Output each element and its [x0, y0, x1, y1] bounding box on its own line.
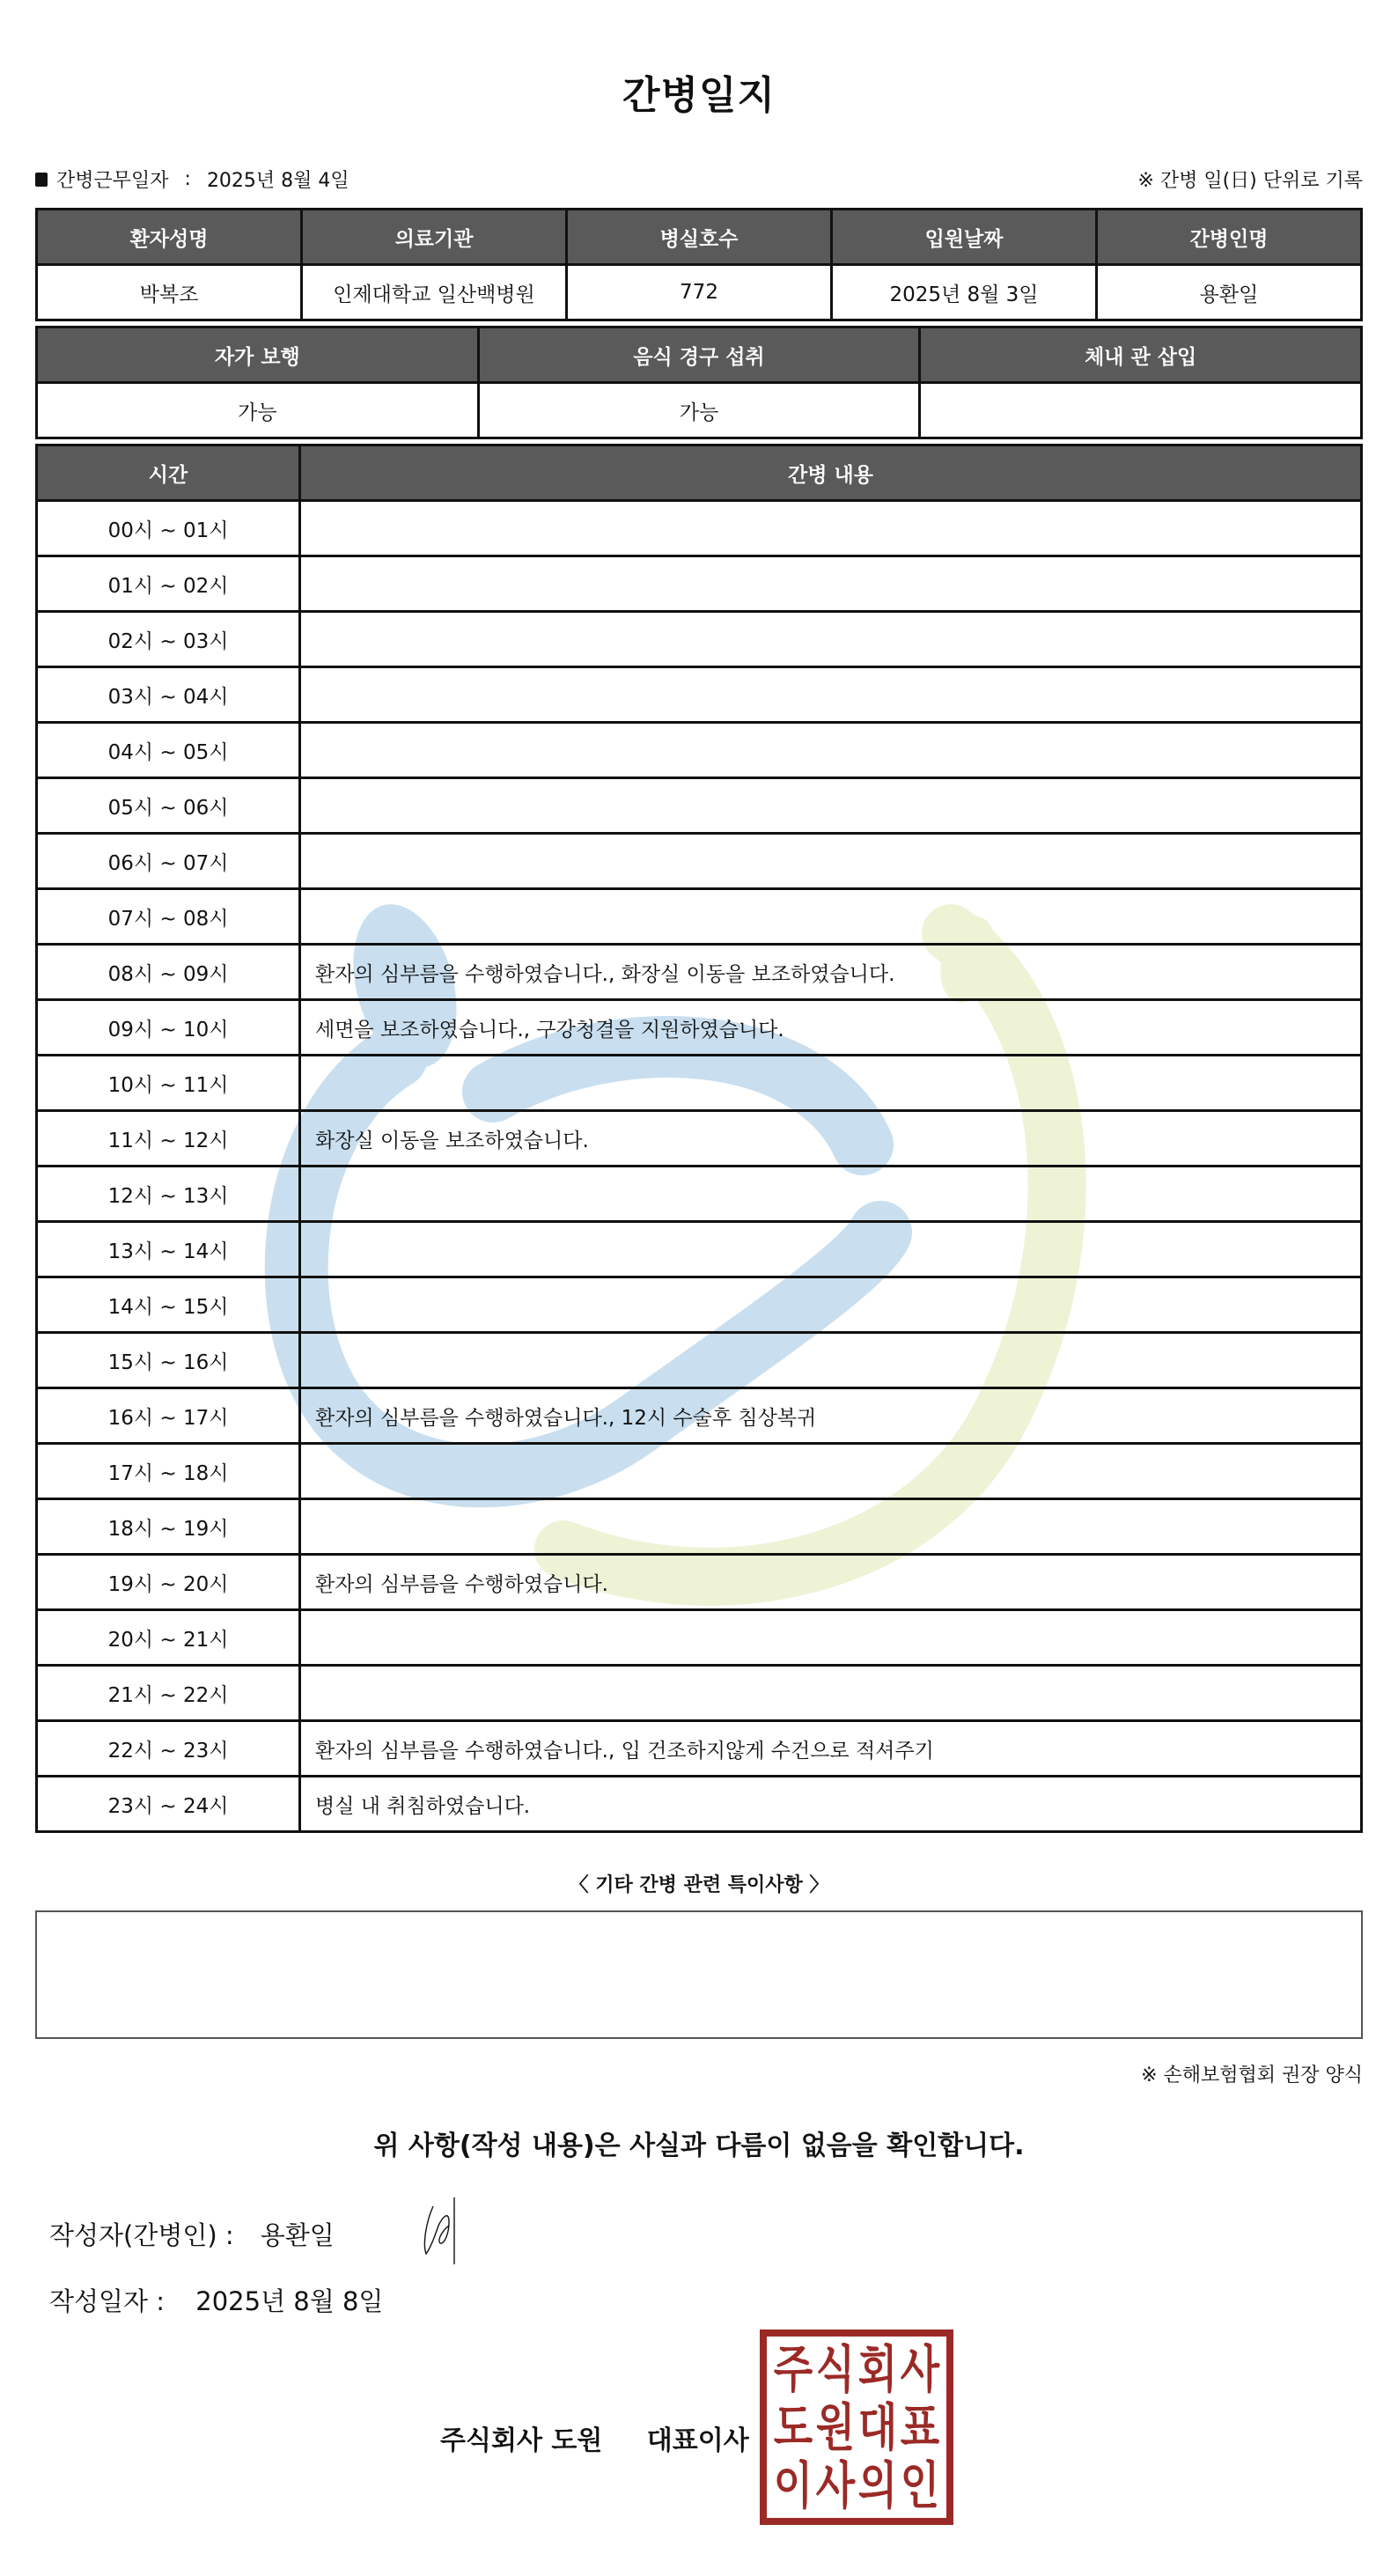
signature-icon [414, 2196, 502, 2266]
seal-char: 의 [857, 2449, 899, 2522]
care-content [300, 1444, 1362, 1499]
page-title: 간병일지 [0, 63, 1398, 120]
care-log-row: 16시 ~ 17시환자의 심부름을 수행하였습니다., 12시 수술후 침상복귀 [37, 1388, 1362, 1444]
time-slot: 22시 ~ 23시 [37, 1721, 300, 1777]
care-log-row: 13시 ~ 14시 [37, 1222, 1362, 1277]
care-content [300, 1167, 1362, 1222]
care-log-rows: 00시 ~ 01시01시 ~ 02시02시 ~ 03시03시 ~ 04시04시 … [37, 501, 1362, 1832]
header-care-content: 간병 내용 [300, 445, 1362, 501]
company-name: 주식회사 도원 [440, 2425, 602, 2456]
work-date: 간병근무일자 : 2025년 8월 4일 [35, 166, 349, 193]
header-oral-intake: 음식 경구 섭취 [478, 328, 920, 383]
care-log-row: 00시 ~ 01시 [37, 501, 1362, 556]
hospital-value: 인제대학교 일산백병원 [302, 265, 567, 320]
care-log-row: 21시 ~ 22시 [37, 1666, 1362, 1721]
care-log-row: 06시 ~ 07시 [37, 834, 1362, 889]
patient-name-value: 박복조 [37, 265, 302, 320]
admission-date-value: 2025년 8월 3일 [832, 265, 1097, 320]
care-content: 세면을 보조하였습니다., 구강청결을 지원하였습니다. [300, 1000, 1362, 1056]
patient-info-value-row: 박복조 인제대학교 일산백병원 772 2025년 8월 3일 용환일 [37, 265, 1362, 320]
care-content [300, 723, 1362, 778]
care-log-row: 07시 ~ 08시 [37, 889, 1362, 945]
care-log-row: 14시 ~ 15시 [37, 1277, 1362, 1333]
header-time: 시간 [37, 445, 300, 501]
form-source-note: ※ 손해보험협회 권장 양식 [1141, 2060, 1363, 2087]
special-notes-box [35, 1910, 1363, 2039]
seal-char: 사 [814, 2449, 857, 2522]
care-log-row: 20시 ~ 21시 [37, 1610, 1362, 1666]
self-walking-value: 가능 [37, 383, 479, 438]
seal-char: 인 [899, 2449, 941, 2522]
care-content [300, 889, 1362, 945]
seal-characters: 주식회사도원대표이사의인 [767, 2337, 946, 2518]
written-date-line: 작성일자 : 2025년 8월 8일 [49, 2282, 383, 2318]
time-slot: 08시 ~ 09시 [37, 945, 300, 1000]
care-content: 환자의 심부름을 수행하였습니다., 화장실 이동을 보조하였습니다. [300, 945, 1362, 1000]
care-log-row: 23시 ~ 24시병실 내 취침하였습니다. [37, 1777, 1362, 1832]
time-slot: 02시 ~ 03시 [37, 612, 300, 667]
caregiver-name-value: 용환일 [1097, 265, 1362, 320]
care-content: 환자의 심부름을 수행하였습니다., 12시 수술후 침상복귀 [300, 1388, 1362, 1444]
time-slot: 12시 ~ 13시 [37, 1167, 300, 1222]
company-role: 대표이사 [647, 2425, 749, 2456]
patient-status-table: 자가 보행 음식 경구 섭취 체내 관 삽입 가능 가능 [35, 326, 1363, 439]
care-log-row: 22시 ~ 23시환자의 심부름을 수행하였습니다., 입 건조하지않게 수건으… [37, 1721, 1362, 1777]
care-content [300, 1610, 1362, 1666]
square-bullet-icon [35, 173, 48, 187]
time-slot: 05시 ~ 06시 [37, 778, 300, 834]
care-log-row: 03시 ~ 04시 [37, 667, 1362, 723]
writer-line: 작성자(간병인) : 용환일 [49, 2216, 335, 2252]
header-patient-name: 환자성명 [37, 210, 302, 265]
care-content [300, 612, 1362, 667]
care-content [300, 1499, 1362, 1555]
header-self-walking: 자가 보행 [37, 328, 479, 383]
seal-char: 이 [772, 2449, 814, 2522]
care-log-table: 시간 간병 내용 00시 ~ 01시01시 ~ 02시02시 ~ 03시03시 … [35, 444, 1363, 1833]
record-unit-note: ※ 간병 일(日) 단위로 기록 [1137, 166, 1363, 193]
patient-status-header-row: 자가 보행 음식 경구 섭취 체내 관 삽입 [37, 328, 1362, 383]
written-date-label: 작성일자 : [49, 2286, 165, 2316]
writer-value: 용환일 [261, 2216, 335, 2252]
time-slot: 15시 ~ 16시 [37, 1333, 300, 1388]
time-slot: 19시 ~ 20시 [37, 1555, 300, 1610]
care-content: 병실 내 취침하였습니다. [300, 1777, 1362, 1832]
header-room-number: 병실호수 [567, 210, 832, 265]
care-log-header-row: 시간 간병 내용 [37, 445, 1362, 501]
time-slot: 11시 ~ 12시 [37, 1111, 300, 1167]
care-content [300, 556, 1362, 612]
patient-status-value-row: 가능 가능 [37, 383, 1362, 438]
work-date-label: 간병근무일자 [56, 166, 169, 193]
care-content [300, 1277, 1362, 1333]
time-slot: 01시 ~ 02시 [37, 556, 300, 612]
care-log-row: 15시 ~ 16시 [37, 1333, 1362, 1388]
company-seal-stamp: 주식회사도원대표이사의인 [760, 2329, 953, 2525]
confirmation-statement: 위 사항(작성 내용)은 사실과 다름이 없음을 확인합니다. [0, 2123, 1398, 2162]
care-content: 화장실 이동을 보조하였습니다. [300, 1111, 1362, 1167]
time-slot: 18시 ~ 19시 [37, 1499, 300, 1555]
care-content [300, 778, 1362, 834]
time-slot: 00시 ~ 01시 [37, 501, 300, 556]
patient-info-header-row: 환자성명 의료기관 병실호수 입원날짜 간병인명 [37, 210, 1362, 265]
care-log-row: 10시 ~ 11시 [37, 1056, 1362, 1111]
oral-intake-value: 가능 [478, 383, 920, 438]
time-slot: 10시 ~ 11시 [37, 1056, 300, 1111]
care-content [300, 667, 1362, 723]
care-log-row: 02시 ~ 03시 [37, 612, 1362, 667]
written-date-value: 2025년 8월 8일 [195, 2286, 383, 2316]
company-signoff: 주식회사 도원 대표이사 [440, 2418, 749, 2457]
care-log-row: 04시 ~ 05시 [37, 723, 1362, 778]
care-log-row: 01시 ~ 02시 [37, 556, 1362, 612]
header-admission-date: 입원날짜 [832, 210, 1097, 265]
time-slot: 17시 ~ 18시 [37, 1444, 300, 1499]
care-content: 환자의 심부름을 수행하였습니다. [300, 1555, 1362, 1610]
care-log-row: 18시 ~ 19시 [37, 1499, 1362, 1555]
time-slot: 07시 ~ 08시 [37, 889, 300, 945]
care-content [300, 501, 1362, 556]
work-date-separator: : [185, 168, 191, 190]
time-slot: 14시 ~ 15시 [37, 1277, 300, 1333]
care-content [300, 1222, 1362, 1277]
care-log-row: 11시 ~ 12시화장실 이동을 보조하였습니다. [37, 1111, 1362, 1167]
time-slot: 23시 ~ 24시 [37, 1777, 300, 1832]
time-slot: 03시 ~ 04시 [37, 667, 300, 723]
care-content [300, 1056, 1362, 1111]
time-slot: 20시 ~ 21시 [37, 1610, 300, 1666]
care-log-row: 12시 ~ 13시 [37, 1167, 1362, 1222]
time-slot: 16시 ~ 17시 [37, 1388, 300, 1444]
time-slot: 21시 ~ 22시 [37, 1666, 300, 1721]
care-content: 환자의 심부름을 수행하였습니다., 입 건조하지않게 수건으로 적셔주기 [300, 1721, 1362, 1777]
work-date-value: 2025년 8월 4일 [207, 166, 349, 193]
care-log-row: 17시 ~ 18시 [37, 1444, 1362, 1499]
time-slot: 09시 ~ 10시 [37, 1000, 300, 1056]
writer-label: 작성자(간병인) : [49, 2216, 234, 2252]
time-slot: 04시 ~ 05시 [37, 723, 300, 778]
special-notes-title: 〈 기타 간병 관련 특이사항 〉 [0, 1870, 1398, 1897]
header-tube-insertion: 체내 관 삽입 [920, 328, 1362, 383]
care-log-row: 19시 ~ 20시환자의 심부름을 수행하였습니다. [37, 1555, 1362, 1610]
care-content [300, 834, 1362, 889]
room-number-value: 772 [567, 265, 832, 320]
header-caregiver-name: 간병인명 [1097, 210, 1362, 265]
care-log-row: 08시 ~ 09시환자의 심부름을 수행하였습니다., 화장실 이동을 보조하였… [37, 945, 1362, 1000]
header-hospital: 의료기관 [302, 210, 567, 265]
care-content [300, 1333, 1362, 1388]
care-log-row: 05시 ~ 06시 [37, 778, 1362, 834]
care-log-row: 09시 ~ 10시세면을 보조하였습니다., 구강청결을 지원하였습니다. [37, 1000, 1362, 1056]
time-slot: 06시 ~ 07시 [37, 834, 300, 889]
care-content [300, 1666, 1362, 1721]
tube-insertion-value [920, 383, 1362, 438]
patient-info-table: 환자성명 의료기관 병실호수 입원날짜 간병인명 박복조 인제대학교 일산백병원… [35, 208, 1363, 321]
time-slot: 13시 ~ 14시 [37, 1222, 300, 1277]
